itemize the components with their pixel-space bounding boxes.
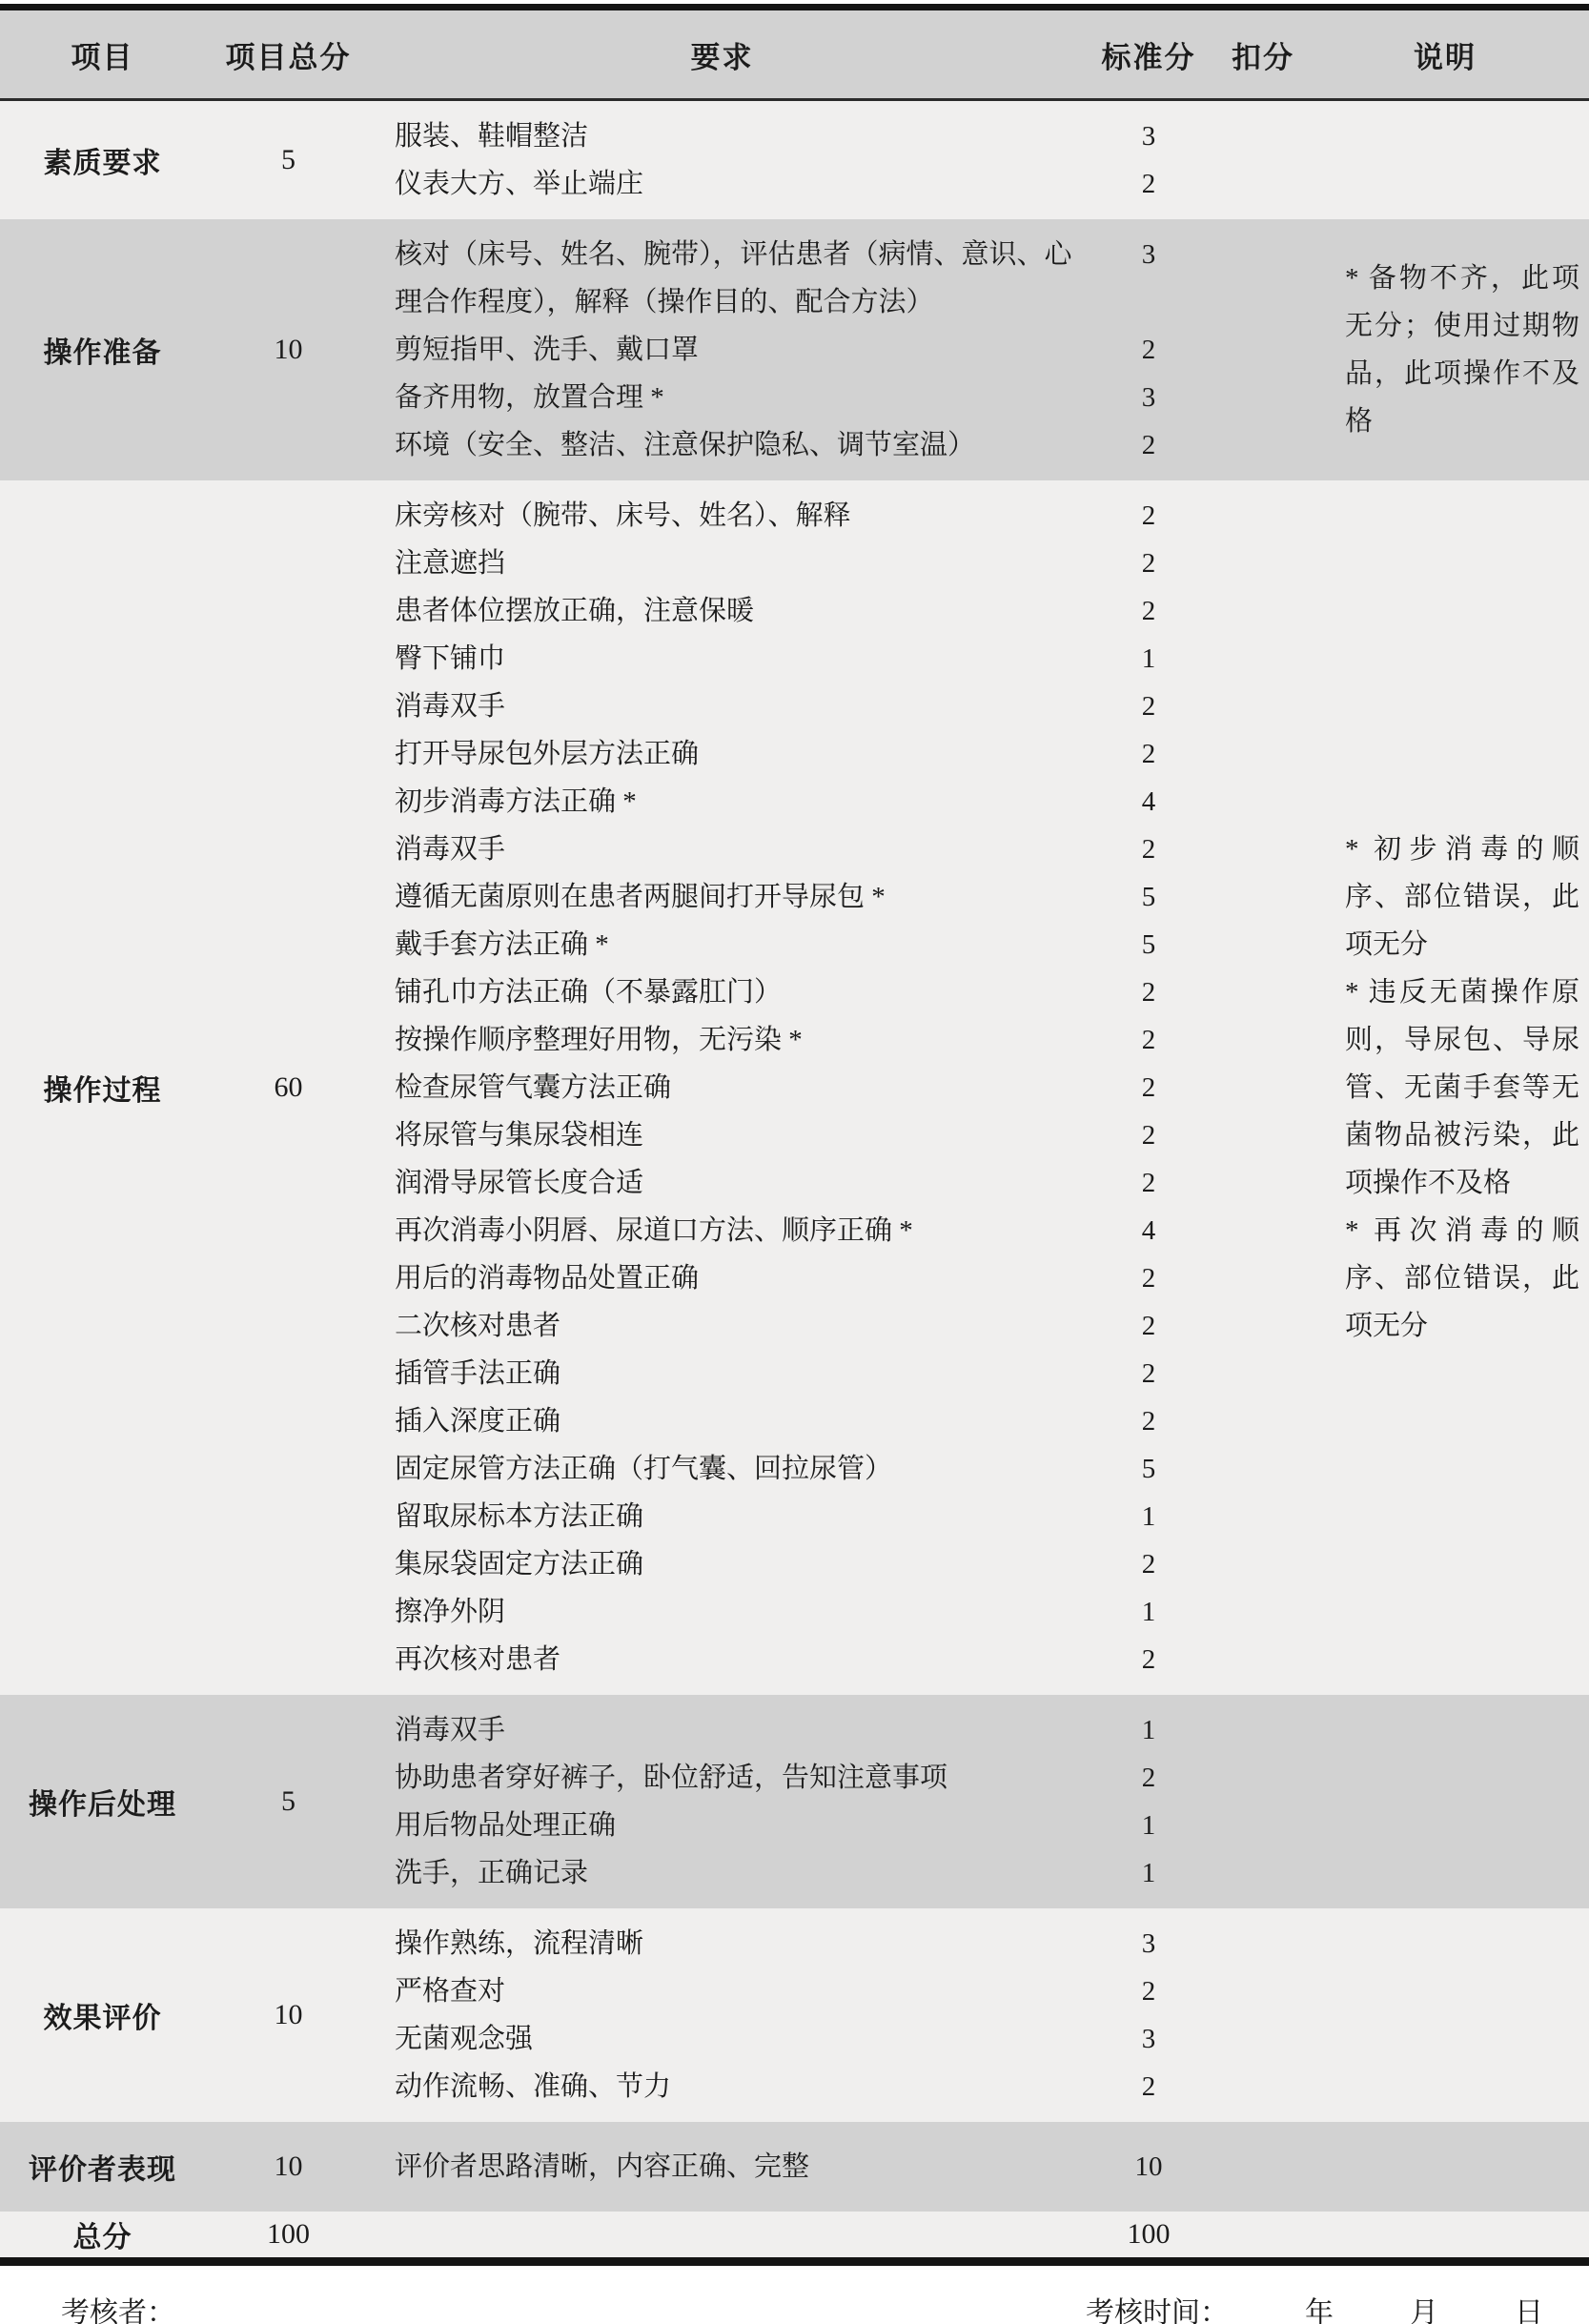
requirement-text: 用后的消毒物品处置正确 xyxy=(372,1254,1072,1302)
explanation-notes xyxy=(1301,2143,1589,2191)
col-header-standard-score: 标准分 xyxy=(1072,33,1225,76)
standard-score-value: 2 xyxy=(1072,1540,1225,1588)
table-row: 评价者思路清晰，内容正确、完整10 xyxy=(372,2143,1225,2191)
requirement-text: 环境（安全、整洁、注意保护隐私、调节室温） xyxy=(372,421,1072,469)
table-row: 环境（安全、整洁、注意保护隐私、调节室温）2 xyxy=(372,421,1225,469)
explanation-notes: * 初步消毒的顺序、部位错误，此项无分* 违反无菌操作原则，导尿包、导尿管、无菌… xyxy=(1301,492,1589,1683)
standard-score-value: 2 xyxy=(1072,492,1225,540)
table-row: 患者体位摆放正确，注意保暖2 xyxy=(372,587,1225,635)
requirement-text: 洗手，正确记录 xyxy=(372,1849,1072,1897)
table-row: 核对（床号、姓名、腕带），评估患者（病情、意识、心理合作程度），解释（操作目的、… xyxy=(372,231,1225,326)
table-row: 操作熟练，流程清晰3 xyxy=(372,1920,1225,1967)
standard-score-value: 2 xyxy=(1072,1064,1225,1111)
requirement-text: 消毒双手 xyxy=(372,683,1072,730)
standard-score-value: 1 xyxy=(1072,1802,1225,1849)
standard-score-value: 3 xyxy=(1072,112,1225,160)
table-row: 插入深度正确2 xyxy=(372,1397,1225,1445)
table-row: 备齐用物，放置合理 *3 xyxy=(372,374,1225,421)
exam-year-label: 年 xyxy=(1305,2297,1334,2324)
standard-score-value: 2 xyxy=(1072,1350,1225,1397)
standard-score-value: 1 xyxy=(1072,1493,1225,1540)
requirement-text: 将尿管与集尿袋相连 xyxy=(372,1111,1072,1159)
standard-score-value: 2 xyxy=(1072,826,1225,873)
standard-score-value: 3 xyxy=(1072,231,1225,278)
requirement-text: 铺孔巾方法正确（不暴露肛门） xyxy=(372,968,1072,1016)
col-header-item-total: 项目总分 xyxy=(205,33,372,76)
col-header-item: 项目 xyxy=(0,33,205,76)
section-requirement-rows: 消毒双手1协助患者穿好裤子，卧位舒适，告知注意事项2用后物品处理正确1洗手，正确… xyxy=(372,1706,1225,1897)
table-row: 留取尿标本方法正确1 xyxy=(372,1493,1225,1540)
assessment-form-page: 项目 项目总分 要求 标准分 扣分 说明 素质要求5服装、鞋帽整洁3仪表大方、举… xyxy=(0,0,1589,2324)
table-row: 再次核对患者2 xyxy=(372,1636,1225,1683)
table-row: 消毒双手1 xyxy=(372,1706,1225,1754)
exam-year-blank[interactable] xyxy=(1236,2295,1295,2324)
requirement-text: 协助患者穿好裤子，卧位舒适，告知注意事项 xyxy=(372,1754,1072,1802)
section-item-total: 5 xyxy=(205,1706,372,1897)
table-row: 擦净外阴1 xyxy=(372,1588,1225,1636)
explanation-note-line: * 初步消毒的顺序、部位错误，此项无分 xyxy=(1345,826,1579,968)
deduction-cell-empty xyxy=(1225,492,1301,1683)
standard-score-value: 4 xyxy=(1072,778,1225,826)
requirement-text: 检查尿管气囊方法正确 xyxy=(372,1064,1072,1111)
standard-score-value: 3 xyxy=(1072,374,1225,421)
standard-score-value: 5 xyxy=(1072,1445,1225,1493)
table-row: 再次消毒小阴唇、尿道口方法、顺序正确 *4 xyxy=(372,1207,1225,1254)
table-row: 无菌观念强3 xyxy=(372,2015,1225,2063)
standard-score-value: 3 xyxy=(1072,1920,1225,1967)
table-header-row: 项目 项目总分 要求 标准分 扣分 说明 xyxy=(0,10,1589,101)
examiner-signature-block: 考核者： xyxy=(61,2289,380,2324)
explanation-note-line: * 违反无菌操作原则，导尿包、导尿管、无菌手套等无菌物品被污染，此项操作不及格 xyxy=(1345,968,1579,1207)
section-item-total: 10 xyxy=(205,231,372,469)
col-header-deduction: 扣分 xyxy=(1225,33,1301,76)
table-row: 仪表大方、举止端庄2 xyxy=(372,160,1225,208)
table-row: 将尿管与集尿袋相连2 xyxy=(372,1111,1225,1159)
section-requirement-rows: 评价者思路清晰，内容正确、完整10 xyxy=(372,2143,1225,2191)
standard-score-value: 2 xyxy=(1072,1111,1225,1159)
requirement-text: 插入深度正确 xyxy=(372,1397,1072,1445)
standard-score-value: 2 xyxy=(1072,587,1225,635)
standard-score-value: 5 xyxy=(1072,921,1225,968)
explanation-notes xyxy=(1301,112,1589,208)
standard-score-value: 4 xyxy=(1072,1207,1225,1254)
requirement-text: 消毒双手 xyxy=(372,1706,1072,1754)
exam-time-block: 考核时间：年月日 xyxy=(1086,2289,1543,2324)
table-row: 二次核对患者2 xyxy=(372,1302,1225,1350)
requirement-text: 动作流畅、准确、节力 xyxy=(372,2063,1072,2110)
standard-score-value: 2 xyxy=(1072,1967,1225,2015)
section-item-total: 5 xyxy=(205,112,372,208)
requirement-text: 床旁核对（腕带、床号、姓名）、解释 xyxy=(372,492,1072,540)
section-4: 操作后处理5消毒双手1协助患者穿好裤子，卧位舒适，告知注意事项2用后物品处理正确… xyxy=(0,1695,1589,1908)
table-row: 动作流畅、准确、节力2 xyxy=(372,2063,1225,2110)
standard-score-value: 2 xyxy=(1072,730,1225,778)
standard-score-value: 2 xyxy=(1072,1159,1225,1207)
col-header-requirement: 要求 xyxy=(372,33,1072,76)
table-row: 固定尿管方法正确（打气囊、回拉尿管）5 xyxy=(372,1445,1225,1493)
standard-score-value: 1 xyxy=(1072,1706,1225,1754)
table-row: 消毒双手2 xyxy=(372,683,1225,730)
total-row-standard-score: 100 xyxy=(1072,2218,1225,2251)
section-requirement-rows: 操作熟练，流程清晰3严格查对2无菌观念强3动作流畅、准确、节力2 xyxy=(372,1920,1225,2110)
section-label: 效果评价 xyxy=(0,1920,205,2110)
requirement-text: 评价者思路清晰，内容正确、完整 xyxy=(372,2143,1072,2191)
standard-score-value: 2 xyxy=(1072,326,1225,374)
examiner-signature-line[interactable] xyxy=(185,2295,380,2324)
exam-month-label: 月 xyxy=(1410,2297,1438,2324)
table-row: 铺孔巾方法正确（不暴露肛门）2 xyxy=(372,968,1225,1016)
standard-score-value: 2 xyxy=(1072,2063,1225,2110)
requirement-text: 遵循无菌原则在患者两腿间打开导尿包 * xyxy=(372,873,1072,921)
standard-score-value: 2 xyxy=(1072,1636,1225,1683)
requirement-text: 擦净外阴 xyxy=(372,1588,1072,1636)
table-row: 初步消毒方法正确 *4 xyxy=(372,778,1225,826)
table-row: 插管手法正确2 xyxy=(372,1350,1225,1397)
total-row: 总分 100 100 xyxy=(0,2212,1589,2257)
standard-score-value: 1 xyxy=(1072,1588,1225,1636)
section-requirement-rows: 核对（床号、姓名、腕带），评估患者（病情、意识、心理合作程度），解释（操作目的、… xyxy=(372,231,1225,469)
standard-score-value: 2 xyxy=(1072,160,1225,208)
standard-score-value: 5 xyxy=(1072,873,1225,921)
standard-score-value: 2 xyxy=(1072,1754,1225,1802)
section-5: 效果评价10操作熟练，流程清晰3严格查对2无菌观念强3动作流畅、准确、节力2 xyxy=(0,1908,1589,2122)
total-row-item-total: 100 xyxy=(205,2218,372,2251)
requirement-text: 打开导尿包外层方法正确 xyxy=(372,730,1072,778)
requirement-text: 严格查对 xyxy=(372,1967,1072,2015)
section-2: 操作准备10核对（床号、姓名、腕带），评估患者（病情、意识、心理合作程度），解释… xyxy=(0,219,1589,480)
requirement-text: 核对（床号、姓名、腕带），评估患者（病情、意识、心理合作程度），解释（操作目的、… xyxy=(372,231,1072,326)
table-row: 协助患者穿好裤子，卧位舒适，告知注意事项2 xyxy=(372,1754,1225,1802)
explanation-note-line: * 备物不齐，此项无分；使用过期物品，此项操作不及格 xyxy=(1345,255,1579,445)
standard-score-value: 2 xyxy=(1072,1397,1225,1445)
exam-day-label: 日 xyxy=(1515,2297,1543,2324)
requirement-text: 消毒双手 xyxy=(372,826,1072,873)
requirement-text: 服装、鞋帽整洁 xyxy=(372,112,1072,160)
requirement-text: 按操作顺序整理好用物，无污染 * xyxy=(372,1016,1072,1064)
requirement-text: 患者体位摆放正确，注意保暖 xyxy=(372,587,1072,635)
section-3: 操作过程60床旁核对（腕带、床号、姓名）、解释2注意遮挡2患者体位摆放正确，注意… xyxy=(0,480,1589,1695)
requirement-text: 备齐用物，放置合理 * xyxy=(372,374,1072,421)
standard-score-value: 2 xyxy=(1072,1302,1225,1350)
explanation-notes xyxy=(1301,1920,1589,2110)
table-row: 剪短指甲、洗手、戴口罩2 xyxy=(372,326,1225,374)
total-row-label: 总分 xyxy=(0,2213,205,2255)
requirement-text: 无菌观念强 xyxy=(372,2015,1072,2063)
section-6: 评价者表现10评价者思路清晰，内容正确、完整10 xyxy=(0,2122,1589,2212)
table-row: 打开导尿包外层方法正确2 xyxy=(372,730,1225,778)
table-row: 服装、鞋帽整洁3 xyxy=(372,112,1225,160)
table-row: 消毒双手2 xyxy=(372,826,1225,873)
table-row: 遵循无菌原则在患者两腿间打开导尿包 *5 xyxy=(372,873,1225,921)
exam-month-blank[interactable] xyxy=(1341,2295,1400,2324)
table-row: 润滑导尿管长度合适2 xyxy=(372,1159,1225,1207)
section-item-total: 10 xyxy=(205,1920,372,2110)
section-requirement-rows: 服装、鞋帽整洁3仪表大方、举止端庄2 xyxy=(372,112,1225,208)
table-row: 严格查对2 xyxy=(372,1967,1225,2015)
exam-day-blank[interactable] xyxy=(1446,2295,1505,2324)
standard-score-value: 2 xyxy=(1072,968,1225,1016)
requirement-text: 用后物品处理正确 xyxy=(372,1802,1072,1849)
deduction-cell-empty xyxy=(1225,231,1301,469)
assessment-table: 项目 项目总分 要求 标准分 扣分 说明 素质要求5服装、鞋帽整洁3仪表大方、举… xyxy=(0,4,1589,2266)
table-row: 按操作顺序整理好用物，无污染 *2 xyxy=(372,1016,1225,1064)
explanation-notes: * 备物不齐，此项无分；使用过期物品，此项操作不及格 xyxy=(1301,231,1589,469)
requirement-text: 固定尿管方法正确（打气囊、回拉尿管） xyxy=(372,1445,1072,1493)
section-label: 评价者表现 xyxy=(0,2143,205,2191)
requirement-text: 二次核对患者 xyxy=(372,1302,1072,1350)
requirement-text: 剪短指甲、洗手、戴口罩 xyxy=(372,326,1072,374)
deduction-cell-empty xyxy=(1225,1920,1301,2110)
requirement-text: 初步消毒方法正确 * xyxy=(372,778,1072,826)
standard-score-value: 10 xyxy=(1072,2143,1225,2191)
section-item-total: 60 xyxy=(205,492,372,1683)
section-label: 操作准备 xyxy=(0,231,205,469)
deduction-cell-empty xyxy=(1225,2143,1301,2191)
standard-score-value: 2 xyxy=(1072,540,1225,587)
table-row: 注意遮挡2 xyxy=(372,540,1225,587)
explanation-note-line: * 再次消毒的顺序、部位错误，此项无分 xyxy=(1345,1207,1579,1350)
deduction-cell-empty xyxy=(1225,112,1301,208)
section-1: 素质要求5服装、鞋帽整洁3仪表大方、举止端庄2 xyxy=(0,101,1589,219)
table-row: 检查尿管气囊方法正确2 xyxy=(372,1064,1225,1111)
table-row: 洗手，正确记录1 xyxy=(372,1849,1225,1897)
requirement-text: 臀下铺巾 xyxy=(372,635,1072,683)
requirement-text: 注意遮挡 xyxy=(372,540,1072,587)
explanation-notes xyxy=(1301,1706,1589,1897)
examiner-label: 考核者： xyxy=(61,2297,175,2324)
table-row: 集尿袋固定方法正确2 xyxy=(372,1540,1225,1588)
requirement-text: 再次消毒小阴唇、尿道口方法、顺序正确 * xyxy=(372,1207,1072,1254)
form-footer: 考核者： 考核时间：年月日 xyxy=(0,2266,1589,2324)
requirement-text: 插管手法正确 xyxy=(372,1350,1072,1397)
requirement-text: 戴手套方法正确 * xyxy=(372,921,1072,968)
standard-score-value: 1 xyxy=(1072,635,1225,683)
requirement-text: 仪表大方、举止端庄 xyxy=(372,160,1072,208)
section-item-total: 10 xyxy=(205,2143,372,2191)
exam-time-label: 考核时间： xyxy=(1086,2297,1229,2324)
standard-score-value: 2 xyxy=(1072,421,1225,469)
requirement-text: 操作熟练，流程清晰 xyxy=(372,1920,1072,1967)
requirement-text: 润滑导尿管长度合适 xyxy=(372,1159,1072,1207)
standard-score-value: 2 xyxy=(1072,1254,1225,1302)
table-row: 用后物品处理正确1 xyxy=(372,1802,1225,1849)
col-header-explanation: 说明 xyxy=(1301,33,1589,76)
table-row: 用后的消毒物品处置正确2 xyxy=(372,1254,1225,1302)
standard-score-value: 3 xyxy=(1072,2015,1225,2063)
deduction-cell-empty xyxy=(1225,1706,1301,1897)
table-row: 臀下铺巾1 xyxy=(372,635,1225,683)
standard-score-value: 1 xyxy=(1072,1849,1225,1897)
section-label: 素质要求 xyxy=(0,112,205,208)
requirement-text: 集尿袋固定方法正确 xyxy=(372,1540,1072,1588)
section-label: 操作过程 xyxy=(0,492,205,1683)
table-row: 戴手套方法正确 *5 xyxy=(372,921,1225,968)
standard-score-value: 2 xyxy=(1072,683,1225,730)
table-row: 床旁核对（腕带、床号、姓名）、解释2 xyxy=(372,492,1225,540)
section-label: 操作后处理 xyxy=(0,1706,205,1897)
requirement-text: 留取尿标本方法正确 xyxy=(372,1493,1072,1540)
requirement-text: 再次核对患者 xyxy=(372,1636,1072,1683)
section-requirement-rows: 床旁核对（腕带、床号、姓名）、解释2注意遮挡2患者体位摆放正确，注意保暖2臀下铺… xyxy=(372,492,1225,1683)
standard-score-value: 2 xyxy=(1072,1016,1225,1064)
